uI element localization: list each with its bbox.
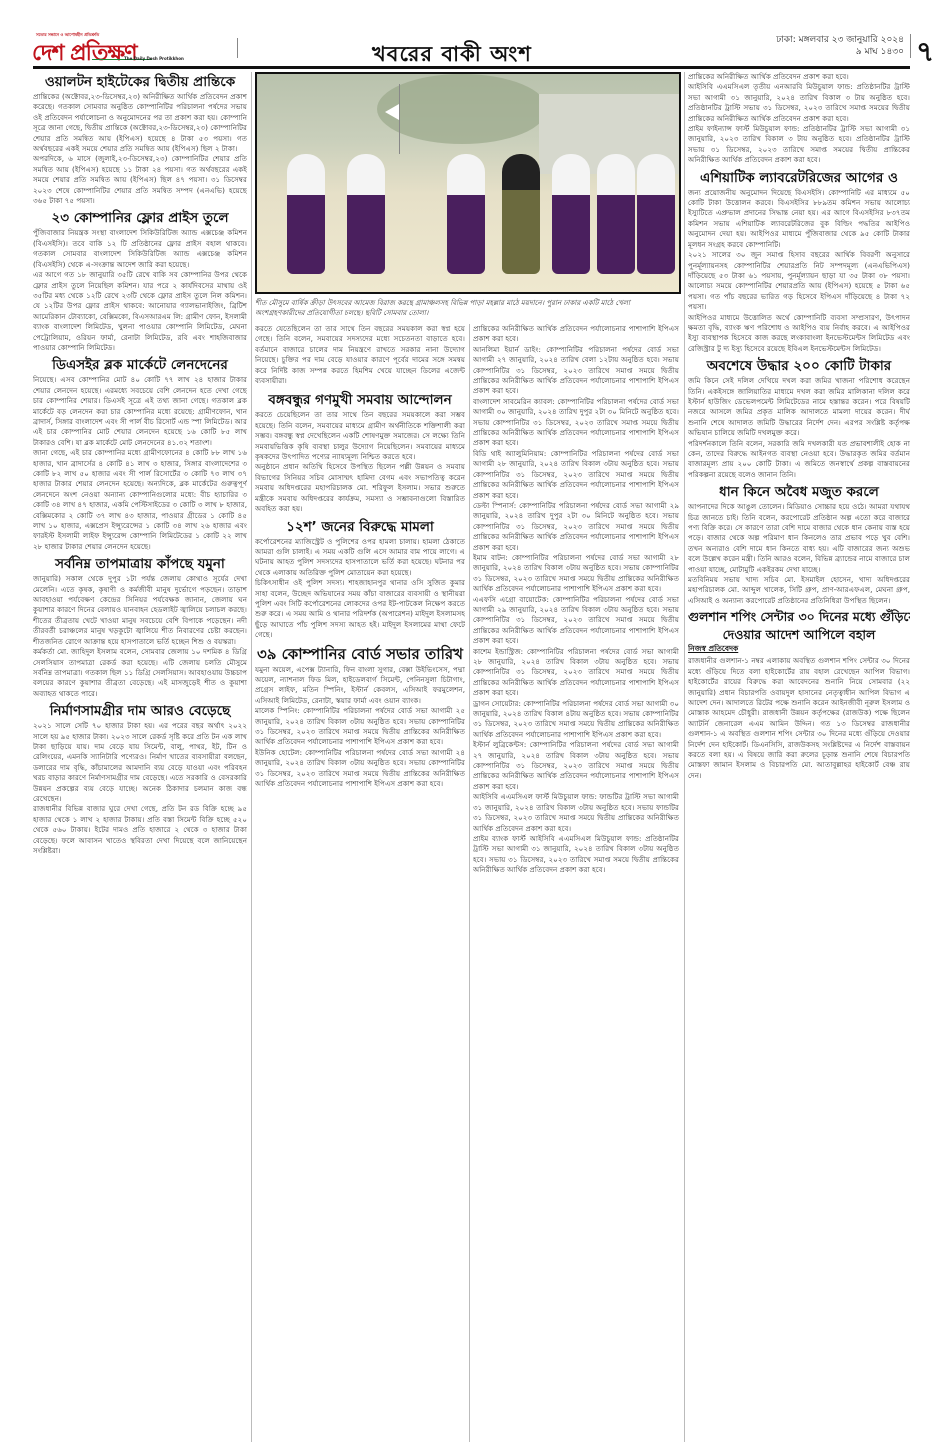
paragraph: চিকিৎসাধীন ওই পুলিশ সদস্য। শাহজাহানপুর থ…	[255, 578, 465, 640]
headline[interactable]: ওয়ালটন হাইটেকের দ্বিতীয় প্রান্তিকে	[33, 72, 247, 92]
photo-trees	[377, 74, 547, 144]
article-floor-price: ২৩ কোম্পানির ফ্লোর প্রাইস তুলে পুঁজিবাজা…	[33, 208, 247, 353]
paragraph: রাজধানীর বিভিন্ন বাজার ঘুরে দেখা গেছে, প…	[33, 804, 247, 856]
paragraph: জন্য প্রয়োজনীয় অনুমোদন দিয়েছে বিএসইসি…	[688, 188, 910, 250]
paragraph: আইসিবি এএমসিএল তৃতীয় এনআরবি মিউচুয়াল ফ…	[688, 82, 910, 124]
headline[interactable]: এশিয়াটিক ল্যাবরেটরিজের আগের ও	[688, 168, 910, 188]
paragraph: কর্মকর্তা মো. জাহিদুল ইসলাম বলেন, সোমবার…	[33, 647, 247, 699]
article-cooperative: বঙ্গবন্ধুর গণমুখী সমবায় আন্দোলন করতে চে…	[255, 390, 465, 514]
paragraph: প্রান্তিকের অনিরীক্ষিত আর্থিক প্রতিবেদন …	[473, 324, 679, 345]
paragraph: অনুষ্ঠানে প্রধান অতিথি হিসেবে উপস্থিত ছি…	[255, 462, 465, 514]
headline[interactable]: নির্মাণসামগ্রীর দাম আরও বেড়েছে	[33, 701, 247, 721]
article-asiatic-lab: এশিয়াটিক ল্যাবরেটরিজের আগের ও জন্য প্রয…	[688, 168, 910, 355]
paragraph: ২০২১ সালে সেটি ৭০ হাজার টাকা হয়। এর পরে…	[33, 721, 247, 804]
headline[interactable]: অবশেষে উদ্ধার ২০০ কোটি টাকার	[688, 356, 910, 376]
photo-runner	[637, 154, 675, 274]
paragraph: জমি কিনে সেই দলিল দেখিয়ে দখল করা জমির খ…	[688, 376, 910, 438]
paragraph: ইমাম বাটন: কোম্পানিটির পরিচালনা পর্ষদের …	[473, 553, 679, 595]
photo-runner	[502, 154, 540, 274]
article-temperature: সর্বনিম্ন তাপমাত্রায় কাঁপছে যমুনা জানুয…	[33, 554, 247, 699]
dateline: ঢাকা: মঙ্গলবার ২৩ জানুয়ারি ২০২৪ ৯ মাঘ ১…	[754, 34, 904, 58]
header-rule	[33, 66, 910, 69]
paragraph: কাশেম ইন্ডাস্ট্রিজ: কোম্পানিটির পরিচালনা…	[473, 647, 679, 699]
paragraph: অপরদিকে, ৬ মাসে (জুলাই,২৩-ডিসেম্বর,২৩) ক…	[33, 154, 247, 206]
column-1: ওয়ালটন হাইটেকের দ্বিতীয় প্রান্তিকে প্র…	[33, 72, 247, 1442]
paragraph: আইসিবি এএমসিএল ফার্স্ট মিউচুয়াল ফান্ড: …	[473, 792, 679, 834]
paragraph: প্রাইম ফাইন্যান্স ফার্স্ট মিউচুয়াল ফান্…	[688, 124, 910, 166]
paragraph: প্রান্তিকের (অক্টোবর,২৩-ডিসেম্বর,২৩) অনি…	[33, 92, 247, 154]
headline[interactable]: ২৩ কোম্পানির ফ্লোর প্রাইস তুলে	[33, 208, 247, 228]
paragraph: এর আগে গত ১৮ জানুয়ারি ৩৫টি রেখে বাকি সব…	[33, 270, 247, 353]
article-dse-block: ডিএসইর ব্লক মার্কেটে লেনদেনের নিয়েছে। এ…	[33, 355, 247, 552]
photo-caption: শীত মৌসুমে বার্ষিক ক্রীড়া উৎসবের আমেজ ব…	[255, 298, 681, 318]
article-land-recovery: অবশেষে উদ্ধার ২০০ কোটি টাকার জমি কিনে সে…	[688, 356, 910, 480]
paragraph: রাজধানীর গুলশান-১ নম্বর এলাকায় অবস্থিত …	[688, 656, 910, 781]
headline[interactable]: বঙ্গবন্ধুর গণমুখী সমবায় আন্দোলন	[255, 390, 465, 410]
paragraph: পরিদর্শনকালে তিনি বলেন, সরকারি জমি দখলকা…	[688, 439, 910, 481]
photo-flagpole	[399, 84, 400, 154]
paragraph: ড্রাগন সোয়েটার: কোম্পানিটির পরিচালনা পর…	[473, 699, 679, 741]
date-bengali: ৯ মাঘ ১৪৩০	[754, 46, 904, 58]
paragraph: প্রাইম ব্যাংক ফার্স্ট আইসিবি এএমসিএল মিউ…	[473, 834, 679, 876]
paragraph: মালেক স্পিনিং: কোম্পানিটির পরিচালনা পর্ষ…	[255, 706, 465, 748]
headline[interactable]: ডিএসইর ব্লক মার্কেটে লেনদেনের	[33, 355, 247, 375]
paragraph: জানুয়ারি) সকাল থেকে দুপুর ১টা পর্যন্ত জ…	[33, 574, 247, 647]
paragraph: আনলিমা ইয়ার্ন ডাইং: কোম্পানিটির পরিচালন…	[473, 345, 679, 397]
paragraph: করতে যেতেছিলেন তা তার সাথে তিন বছরের সময…	[255, 324, 465, 386]
paragraph: আইপিওর মাধ্যমে উত্তোলিত অর্থে কোম্পানিটি…	[688, 313, 910, 355]
logo-subtitle: The Daily Desh Protikkhon	[124, 56, 184, 61]
byline: নিজস্ব প্রতিবেদক	[688, 644, 910, 656]
photo-runner	[447, 154, 485, 274]
photo-runner	[597, 154, 635, 274]
article-construction: নির্মাণসামগ্রীর দাম আরও বেড়েছে ২০২১ সাল…	[33, 701, 247, 856]
news-photo[interactable]	[255, 72, 681, 294]
paragraph: প্রান্তিকের অনিরীক্ষিত আর্থিক প্রতিবেদন …	[688, 72, 910, 82]
logo-divider	[237, 38, 238, 58]
column-4: প্রান্তিকের অনিরীক্ষিত আর্থিক প্রতিবেদন …	[688, 72, 910, 1442]
article-walton: ওয়ালটন হাইটেকের দ্বিতীয় প্রান্তিকে প্র…	[33, 72, 247, 206]
photo-runner	[552, 154, 590, 274]
article-lawsuit: ১২শ’ জনের বিরুদ্ধে মামলা কর্পোরেশনের ম্য…	[255, 517, 465, 641]
page-number: ৭	[916, 30, 934, 77]
headline[interactable]: সর্বনিম্ন তাপমাত্রায় কাঁপছে যমুনা	[33, 554, 247, 574]
column-separator	[469, 324, 470, 1442]
headline[interactable]: ৩৯ কোম্পানির বোর্ড সভার তারিখ	[255, 643, 465, 665]
photo-runner	[287, 154, 325, 274]
photo-flag	[385, 104, 399, 120]
article-board-meetings: ৩৯ কোম্পানির বোর্ড সভার তারিখ যমুনা অয়ে…	[255, 643, 465, 790]
paragraph: কর্পোরেশনের ম্যাজিস্ট্রেট ও পুলিশের ওপর …	[255, 537, 465, 579]
column-2: করতে যেতেছিলেন তা তার সাথে তিন বছরের সময…	[255, 324, 465, 1442]
column-separator	[251, 72, 252, 1442]
column-separator	[684, 72, 685, 1442]
headline-line-2[interactable]: দেওয়ার আদেশ আপিলে বহাল	[688, 626, 910, 644]
paragraph: বিডি থাই অ্যালুমিনিয়াম: কোম্পানিটির পরি…	[473, 449, 679, 501]
photo-runner	[347, 154, 385, 274]
paragraph: করতে চেয়েছিলেন তা তার সাথে তিন বছরের সম…	[255, 410, 465, 462]
paragraph: ২০২১ সালের ৩০ জুন সমাপ্ত হিসাব বছরের আর্…	[688, 250, 910, 312]
paragraph: নিয়েছে। এসব কোম্পানির মোট ৪০ কোটি ৭৭ লা…	[33, 375, 247, 448]
date-gregorian: ঢাকা: মঙ্গলবার ২৩ জানুয়ারি ২০২৪	[754, 34, 904, 46]
headline[interactable]: ধান কিনে অবৈধ মজুত করলে	[688, 482, 910, 502]
paragraph: ইউনিক হোটেল: কোম্পানিটির পরিচালনা পর্ষদে…	[255, 748, 465, 790]
column-3: প্রান্তিকের অনিরীক্ষিত আর্থিক প্রতিবেদন …	[473, 324, 679, 1442]
paragraph: আপনাদের দিকে আঙুল তোলেন। মিডিয়াও সোচ্চা…	[688, 502, 910, 575]
paragraph: এএফসি এগ্রো বায়োটেক: কোম্পানিটির পরিচাল…	[473, 595, 679, 647]
headline-line-1[interactable]: গুলশান শপিং সেন্টার ৩০ দিনের মধ্যে গুঁড়…	[688, 608, 910, 626]
article-rice-hoarding: ধান কিনে অবৈধ মজুত করলে আপনাদের দিকে আঙু…	[688, 482, 910, 606]
paragraph: মতবিনিময় সভায় খাদ্য সচিব মো. ইসমাইল হো…	[688, 575, 910, 606]
paragraph: পুঁজিবাজার নিয়ন্ত্রক সংস্থা বাংলাদেশ সি…	[33, 228, 247, 270]
page-number-divider	[910, 34, 911, 58]
paragraph: ইস্টার্ন লুব্রিকেন্টস: কোম্পানিটির পরিচা…	[473, 740, 679, 792]
headline[interactable]: ১২শ’ জনের বিরুদ্ধে মামলা	[255, 517, 465, 537]
article-gulshan-shopping: গুলশান শপিং সেন্টার ৩০ দিনের মধ্যে গুঁড়…	[688, 608, 910, 781]
paragraph: জানা গেছে, এই চার কোম্পানির মধ্যে গ্রামী…	[33, 448, 247, 552]
paragraph: যমুনা অয়েল, এপেক্স ট্যানারি, ফিন বাংলা …	[255, 665, 465, 707]
paragraph: ডেল্টা স্পিনার্স: কোম্পানিটির পরিচালনা প…	[473, 501, 679, 553]
paragraph: বাংলাদেশ সাবমেরিন ক্যাবল: কোম্পানিটির পর…	[473, 397, 679, 449]
